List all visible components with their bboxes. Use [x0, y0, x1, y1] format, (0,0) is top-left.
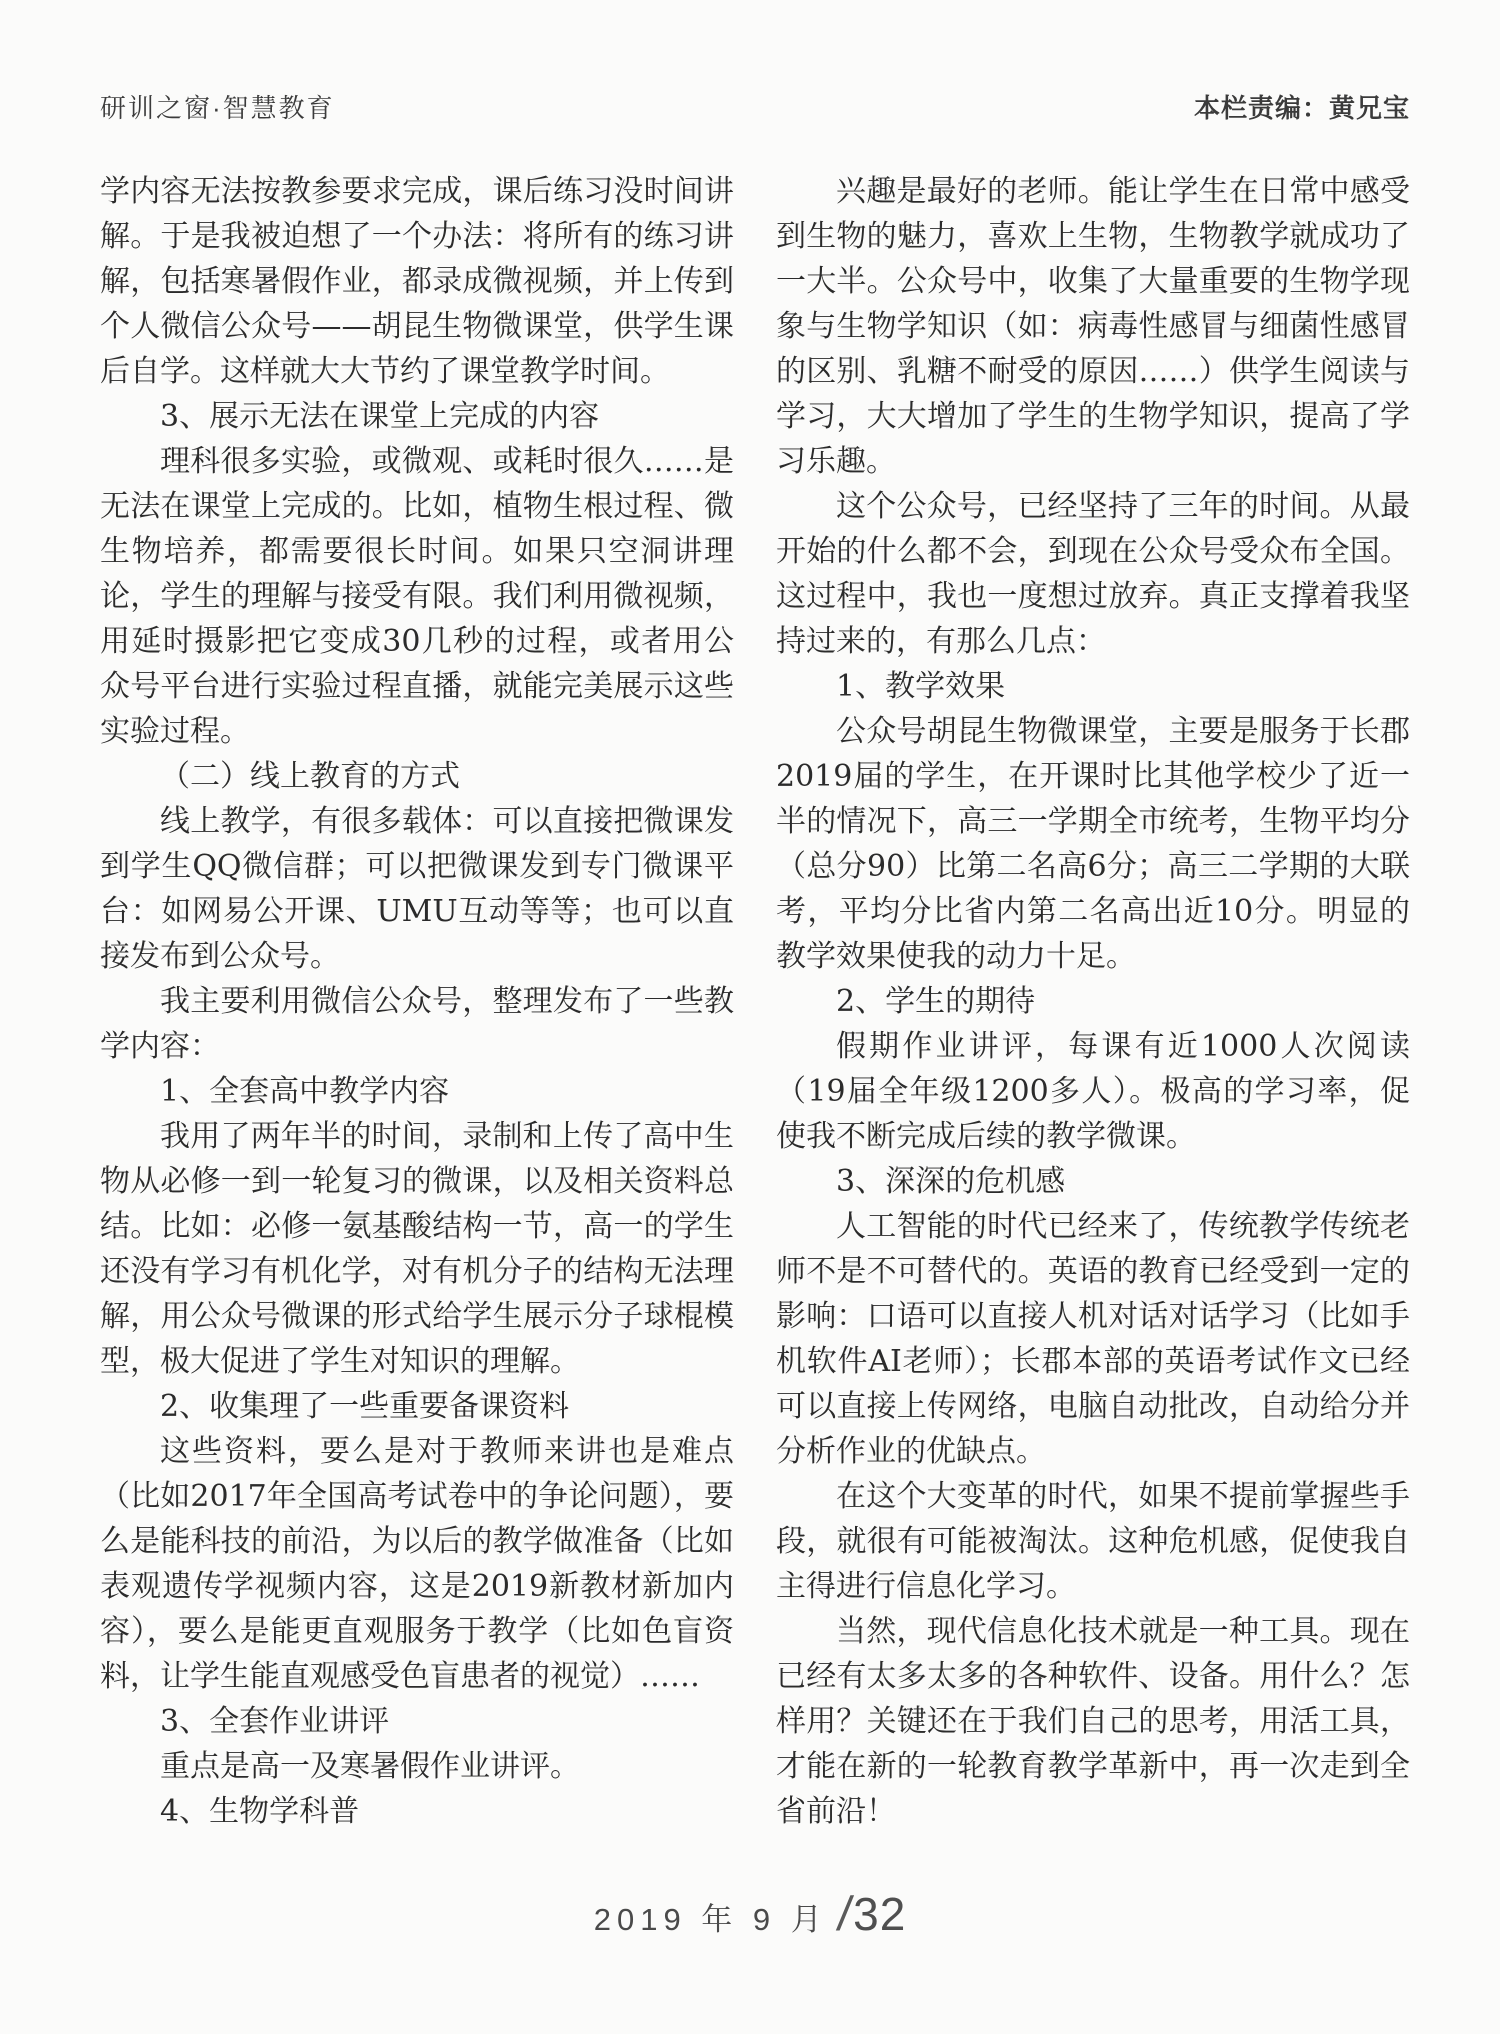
page-footer: 2019 年 9 月 / 32 — [0, 1887, 1500, 2034]
paragraph: 3、展示无法在课堂上完成的内容 — [100, 394, 734, 439]
page-header: 研训之窗·智慧教育 本栏责编：黄兄宝 — [0, 0, 1500, 125]
paragraph: 我用了两年半的时间，录制和上传了高中生物从必修一到一轮复习的微课，以及相关资料总… — [100, 1114, 734, 1384]
paragraph: 3、全套作业讲评 — [100, 1699, 734, 1744]
paragraph: 这些资料，要么是对于教师来讲也是难点（比如2017年全国高考试卷中的争论问题），… — [100, 1429, 734, 1699]
paragraph: 公众号胡昆生物微课堂，主要是服务于长郡2019届的学生，在开课时比其他学校少了近… — [776, 709, 1410, 979]
issue-date: 2019 年 9 月 — [594, 1894, 828, 1939]
right-column: 兴趣是最好的老师。能让学生在日常中感受到生物的魅力，喜欢上生物，生物教学就成功了… — [776, 169, 1410, 1834]
paragraph: 1、教学效果 — [776, 664, 1410, 709]
paragraph: 兴趣是最好的老师。能让学生在日常中感受到生物的魅力，喜欢上生物，生物教学就成功了… — [776, 169, 1410, 484]
paragraph: 当然，现代信息化技术就是一种工具。现在已经有太多太多的各种软件、设备。用什么？怎… — [776, 1609, 1410, 1834]
paragraph: （二）线上教育的方式 — [100, 754, 734, 799]
editor-credit: 本栏责编：黄兄宝 — [1194, 88, 1410, 125]
footer-slash: / — [834, 1887, 855, 1942]
paragraph: 3、深深的危机感 — [776, 1159, 1410, 1204]
paragraph: 2、学生的期待 — [776, 979, 1410, 1024]
article-body: 学内容无法按教参要求完成，课后练习没时间讲解。于是我被迫想了一个办法：将所有的练… — [0, 169, 1500, 1834]
paragraph: 学内容无法按教参要求完成，课后练习没时间讲解。于是我被迫想了一个办法：将所有的练… — [100, 169, 734, 394]
paragraph: 4、生物学科普 — [100, 1789, 734, 1834]
paragraph: 理科很多实验，或微观、或耗时很久……是无法在课堂上完成的。比如，植物生根过程、微… — [100, 439, 734, 754]
paragraph: 2、收集理了一些重要备课资料 — [100, 1384, 734, 1429]
paragraph: 这个公众号，已经坚持了三年的时间。从最开始的什么都不会，到现在公众号受众布全国。… — [776, 484, 1410, 664]
paragraph: 在这个大变革的时代，如果不提前掌握些手段，就很有可能被淘汰。这种危机感，促使我自… — [776, 1474, 1410, 1609]
paragraph: 线上教学，有很多载体：可以直接把微课发到学生QQ微信群；可以把微课发到专门微课平… — [100, 799, 734, 979]
paragraph: 我主要利用微信公众号，整理发布了一些教学内容： — [100, 979, 734, 1069]
paragraph: 人工智能的时代已经来了，传统教学传统老师不是不可替代的。英语的教育已经受到一定的… — [776, 1204, 1410, 1474]
magazine-page: 研训之窗·智慧教育 本栏责编：黄兄宝 学内容无法按教参要求完成，课后练习没时间讲… — [0, 0, 1500, 2034]
paragraph: 假期作业讲评，每课有近1000人次阅读（19届全年级1200多人）。极高的学习率… — [776, 1024, 1410, 1159]
page-number: 32 — [853, 1887, 906, 1941]
left-column: 学内容无法按教参要求完成，课后练习没时间讲解。于是我被迫想了一个办法：将所有的练… — [100, 169, 734, 1834]
column-section-title: 研训之窗·智慧教育 — [100, 88, 335, 125]
paragraph: 重点是高一及寒暑假作业讲评。 — [100, 1744, 734, 1789]
paragraph: 1、全套高中教学内容 — [100, 1069, 734, 1114]
